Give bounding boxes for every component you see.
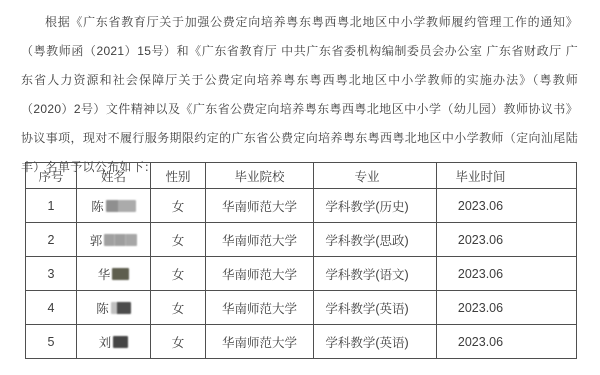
cell-school: 华南师范大学 (206, 257, 314, 291)
cell-school: 华南师范大学 (206, 291, 314, 325)
cell-gender: 女 (151, 189, 206, 223)
document-page: 根据《广东省教育厅关于加强公费定向培养粤东粤西粤北地区中小学教师履约管理工作的通… (0, 0, 600, 375)
cell-index: 3 (26, 257, 77, 291)
name-redaction-box (112, 268, 129, 280)
col-header-grad-time: 毕业时间 (437, 163, 577, 189)
name-surname: 陈 (96, 302, 109, 316)
cell-school: 华南师范大学 (206, 325, 314, 359)
name-surname: 刘 (99, 336, 112, 350)
col-header-major: 专业 (314, 163, 437, 189)
col-header-school: 毕业院校 (206, 163, 314, 189)
table-row: 5 刘 女 华南师范大学 学科教学(英语) 2023.06 (26, 325, 577, 359)
cell-index: 5 (26, 325, 77, 359)
cell-grad-time: 2023.06 (437, 257, 577, 291)
col-header-gender: 性别 (151, 163, 206, 189)
col-header-name: 姓名 (77, 163, 151, 189)
cell-major: 学科教学(思政) (314, 223, 437, 257)
name-surname: 郭 (90, 234, 103, 248)
cell-gender: 女 (151, 257, 206, 291)
table-row: 4 陈 女 华南师范大学 学科教学(英语) 2023.06 (26, 291, 577, 325)
cell-grad-time: 2023.06 (437, 189, 577, 223)
announcement-paragraph: 根据《广东省教育厅关于加强公费定向培养粤东粤西粤北地区中小学教师履约管理工作的通… (21, 8, 578, 182)
cell-major: 学科教学(英语) (314, 325, 437, 359)
teacher-roster-table: 序号 姓名 性别 毕业院校 专业 毕业时间 1 陈 女 华南师范大学 学科教学(… (25, 162, 577, 359)
cell-name: 华 (77, 257, 151, 291)
cell-grad-time: 2023.06 (437, 223, 577, 257)
cell-index: 2 (26, 223, 77, 257)
table-row: 1 陈 女 华南师范大学 学科教学(历史) 2023.06 (26, 189, 577, 223)
table-row: 3 华 女 华南师范大学 学科教学(语文) 2023.06 (26, 257, 577, 291)
cell-grad-time: 2023.06 (437, 291, 577, 325)
cell-name: 陈 (77, 291, 151, 325)
table-row: 2 郭 女 华南师范大学 学科教学(思政) 2023.06 (26, 223, 577, 257)
cell-major: 学科教学(语文) (314, 257, 437, 291)
table-header-row: 序号 姓名 性别 毕业院校 专业 毕业时间 (26, 163, 577, 189)
name-surname: 华 (98, 268, 111, 282)
cell-major: 学科教学(历史) (314, 189, 437, 223)
cell-school: 华南师范大学 (206, 189, 314, 223)
name-redaction-box (104, 234, 137, 246)
cell-gender: 女 (151, 325, 206, 359)
cell-name: 陈 (77, 189, 151, 223)
cell-grad-time: 2023.06 (437, 325, 577, 359)
cell-name: 刘 (77, 325, 151, 359)
cell-major: 学科教学(英语) (314, 291, 437, 325)
name-redaction-box (113, 336, 128, 348)
name-redaction-box (111, 302, 131, 314)
name-redaction-box (106, 200, 136, 212)
col-header-index: 序号 (26, 163, 77, 189)
cell-name: 郭 (77, 223, 151, 257)
cell-school: 华南师范大学 (206, 223, 314, 257)
name-surname: 陈 (91, 200, 104, 214)
cell-gender: 女 (151, 223, 206, 257)
cell-index: 4 (26, 291, 77, 325)
cell-index: 1 (26, 189, 77, 223)
cell-gender: 女 (151, 291, 206, 325)
